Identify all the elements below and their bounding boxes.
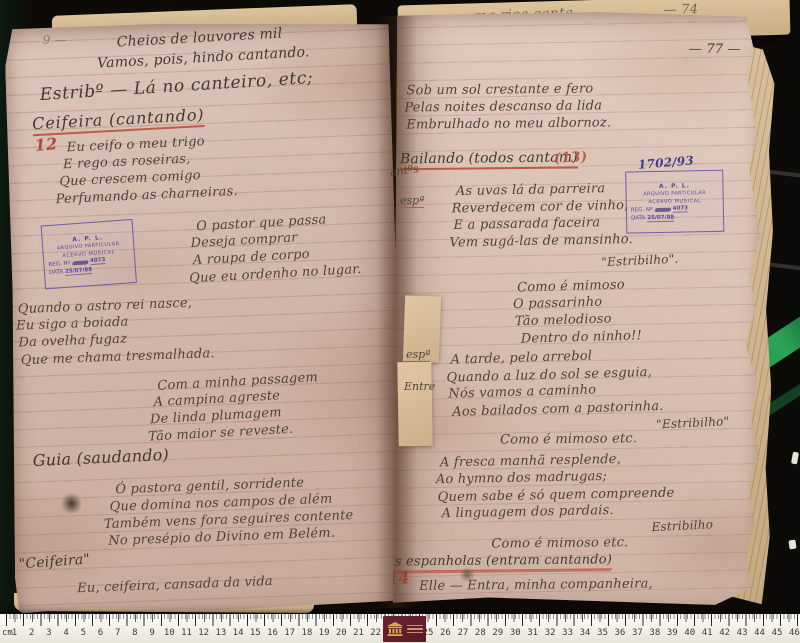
ruler-number: 18 [301,628,312,638]
handwritten-line: Quem sabe é só quem compreende [438,487,675,505]
handwritten-line: A linguagem dos pardais. [441,504,613,520]
ruler-number: 31 [527,628,538,638]
handwritten-line: Vem sugá-las de mansinho. [449,233,633,250]
scene-number: (13) [554,150,588,166]
page-number: — 77 — [689,43,741,56]
ruler-number: 21 [353,628,364,638]
ruler-number: 43 [737,628,748,638]
estribilho-label: "Estribilho" [656,415,730,430]
ruler-number: 45 [772,628,783,638]
ruler-number: 36 [615,628,626,638]
ink-blot [459,567,475,582]
stamp-reg-label: REG. Nº [631,207,653,213]
ruler-number: 35 [597,628,608,638]
ruler-number: 16 [267,628,278,638]
ruler-number: 14 [233,628,244,638]
stamp-line: ACERVO MUSICAL [629,197,721,205]
ruler-number: 38 [649,628,660,638]
ruler-number: 41 [702,628,713,638]
gutter-fragment: espª [406,348,430,362]
ruler-number: 39 [667,628,678,638]
paper-speck [788,540,796,550]
handwritten-line: Dentro do ninho!! [521,329,642,345]
left-page: 9 — Cheios de louvores mil Vamos, pois, … [4,18,403,613]
handwritten-line: Ao hymno dos madrugas; [436,470,607,486]
ruler-number: 40 [684,628,695,638]
section-heading-ceifeira: Ceifeira (cantando) [32,107,205,136]
stamp-line: A. P. L. [628,181,720,190]
building-columns-icon [386,622,404,637]
ruler-number: 33 [562,628,573,638]
ruler-number: 5 [81,628,86,638]
handwritten-line: Que me chama tresmalhada. [21,347,215,367]
section-heading: Estribº — Lá no canteiro, etc; [39,70,313,104]
library-logo [383,616,426,642]
ruler-number: 13 [215,628,226,638]
ruler-number: 46 [789,628,800,638]
handwritten-line: O pastor que passa [196,213,327,233]
ruler-number: 22 [370,628,381,638]
archive-stamp: A. P. L. ARQUIVO PARTICULAR ACERVO MUSIC… [625,170,724,234]
handwritten-line: Tão melodioso [515,313,612,329]
repair-patch [397,362,432,447]
section-heading-espanholas: As espanholas (entram cantando) [385,553,612,571]
archive-stamp: A. P. L. ARQUIVO PARTICULAR ACERVO MUSIC… [41,219,137,289]
handwritten-line: Elle — Entra, minha companheira, [419,577,653,592]
ink-blot [61,492,81,514]
ruler-number: 34 [580,628,591,638]
handwritten-line: A fresca manhã resplende, [440,453,621,469]
ruler-number: 17 [284,628,295,638]
ruler-number: 44 [754,628,765,638]
ruler-number: 20 [336,628,347,638]
stamp-date-label: DATA [49,269,64,276]
handwritten-line: Quando a luz do sol se esguia, [446,366,652,385]
manuscript-photo: ...ma rica canta. — 74 9 — Cheios de lou… [0,0,800,643]
handwritten-line: Como é mimoso etc. [500,432,637,446]
stamp-reg-value: 4073 [673,205,688,212]
handwritten-line: Da ovelha fugaz [18,333,127,350]
ruler-number: 42 [719,628,730,638]
stamp-date-line: DATA25/07/88 [629,213,721,222]
stamp-reg-label: REG. Nº [48,260,70,268]
quote-heading: "Ceifeira" [18,552,90,571]
scribble-mark [72,260,89,265]
stamp-date-label: DATA [631,215,645,221]
ruler-number: 10 [164,628,175,638]
paper-speck [791,452,799,465]
handwritten-line: Embrulhado no meu albornoz. [406,116,611,131]
handwritten-line: A roupa de corpo [193,248,311,267]
handwritten-line: E a passarada faceira [453,216,600,232]
section-heading-bailando: Bailando (todos cantam) [400,150,578,170]
ruler-number: 29 [492,628,503,638]
stamp-reg-line: REG. Nº4073 [629,205,721,214]
stanza-number: 12 [34,136,58,154]
ruler-number: 8 [132,628,137,638]
handwritten-line: A tarde, pelo arrebol [450,350,592,367]
ruler-number: 3 [46,628,51,638]
gutter-fragment: Entre [404,380,435,393]
ruler-number: 15 [250,628,261,638]
handwritten-line: Reverdecem cor de vinho, [452,199,629,215]
registry-number: 1702/93 [638,154,695,170]
ruler-number: 19 [319,628,330,638]
handwritten-line: As uvas lá da parreira [456,182,606,198]
ruler-number: 27 [457,628,468,638]
stamp-line: ARQUIVO PARTICULAR [629,190,721,198]
ruler-number: 1 [12,628,17,638]
handwritten-line: Eu, ceifeira, cansada da vida [77,575,273,595]
ruler-number: 30 [510,628,521,638]
handwritten-line: Quando o astro rei nasce, [18,297,193,316]
ruler-number: 9 [149,628,154,638]
gutter-fragment: espª [400,194,424,208]
handwritten-line: Eu sigo a boiada [16,315,129,332]
handwritten-line: Como é mimoso etc. [491,536,628,550]
handwritten-line: Pelas noites descanso da lida [404,99,602,114]
scribble-mark [654,207,671,211]
ruler-number: 7 [115,628,120,638]
stamp-date-value: 25/07/88 [647,214,674,222]
ruler-number: 11 [181,628,192,638]
handwritten-line: Aos bailados com a pastorinha. [452,400,664,419]
ruler-number: 6 [98,628,103,638]
handwritten-line: O passarinho [513,296,603,311]
handwritten-line: Deseja comprar [190,231,298,250]
handwritten-line: Como é mimoso [517,278,625,294]
logo-text-lines [407,625,423,634]
ruler-number: 37 [632,628,643,638]
ruler-number: 4 [63,628,68,638]
ruler-number: 28 [475,628,486,638]
pencil-mark: 9 — [43,34,67,46]
handwritten-line: Nós vamos a caminho [448,384,596,401]
handwritten-line: Sob um sol crestante e fero [406,82,593,97]
ruler-number: 32 [545,628,556,638]
right-page: — 77 — Sob um sol crestante e fero Pelas… [393,11,763,606]
ruler-number: 2 [29,628,34,638]
estribilho-label: "Estribilho". [601,253,679,268]
ruler-number: 12 [198,628,209,638]
handwritten-line: Com a minha passagem [157,371,318,393]
ruler-number: 26 [440,628,451,638]
stamp-date-value: 25/07/88 [65,267,92,276]
section-heading-guia: Guia (saudando) [32,447,169,469]
estribilho-label: Estribilho [651,518,713,533]
stamp-reg-value: 4073 [90,257,106,265]
